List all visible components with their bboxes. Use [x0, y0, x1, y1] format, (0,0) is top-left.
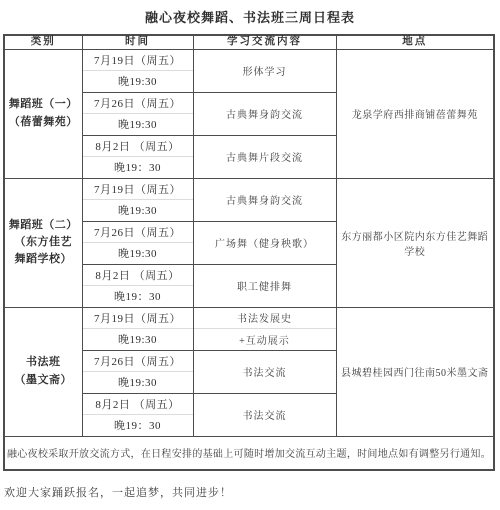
date-text: 7月26日（周五）: [83, 222, 193, 244]
time-text: 晚19：30: [83, 415, 193, 436]
table-header-row: 类别 时间 学习交流内容 地点: [4, 35, 494, 49]
time-cell: 7月26日（周五） 晚19:30: [82, 350, 193, 393]
time-cell: 7月19日（周五） 晚19:30: [82, 49, 193, 92]
time-cell: 7月26日（周五） 晚19:30: [82, 92, 193, 135]
content-line-top: 书法发展史: [194, 308, 336, 330]
header-content: 学习交流内容: [193, 35, 336, 49]
time-text: 晚19：30: [83, 286, 193, 307]
content-cell: 形体学习: [193, 49, 336, 92]
content-cell: 书法发展史 +互动展示: [193, 307, 336, 350]
time-text: 晚19:30: [83, 329, 193, 350]
content-cell: 书法交流: [193, 350, 336, 393]
time-text: 晚19:30: [83, 372, 193, 393]
content-cell: 古典舞身韵交流: [193, 178, 336, 221]
time-text: 晚19:30: [83, 114, 193, 135]
time-cell: 8月2日 （周五） 晚19：30: [82, 393, 193, 436]
table-row: 书法班 （墨文斋） 7月19日（周五） 晚19:30 书法发展史 +互动展示 县…: [4, 307, 494, 350]
page: { "title": "融心夜校舞蹈、书法班三周日程表", "table": {…: [0, 0, 500, 510]
date-text: 8月2日 （周五）: [83, 394, 193, 416]
time-text: 晚19:30: [83, 243, 193, 264]
category-line: 舞蹈学校）: [5, 251, 82, 268]
time-cell: 7月19日（周五） 晚19:30: [82, 178, 193, 221]
header-location: 地点: [336, 35, 494, 49]
category-line: （墨文斋）: [5, 372, 82, 389]
time-cell: 8月2日 （周五） 晚19：30: [82, 135, 193, 178]
footer-slogan: 欢迎大家踊跃报名，一起追梦，共同进步！: [4, 484, 500, 500]
table-row: 舞蹈班（一） （蓓蕾舞苑） 7月19日（周五） 晚19:30 形体学习 龙泉学府…: [4, 49, 494, 92]
content-cell: 广场舞（健身秧歌）: [193, 221, 336, 264]
location-cell-calligraphy: 县城碧桂园西门往南50米墨文斋: [336, 307, 494, 436]
content-cell: 古典舞片段交流: [193, 135, 336, 178]
category-line: （东方佳艺: [5, 234, 82, 251]
content-cell: 古典舞身韵交流: [193, 92, 336, 135]
date-text: 7月26日（周五）: [83, 93, 193, 115]
note-row: 融心夜校采取开放交流方式，在日程安排的基础上可随时增加交流互动主题，时间地点如有…: [4, 436, 494, 470]
content-cell: 书法交流: [193, 393, 336, 436]
document-title: 融心夜校舞蹈、书法班三周日程表: [0, 7, 500, 26]
location-cell-dance-1: 龙泉学府西排商铺蓓蕾舞苑: [336, 49, 494, 178]
header-time: 时间: [82, 35, 193, 49]
date-text: 7月19日（周五）: [83, 308, 193, 330]
time-text: 晚19：30: [83, 157, 193, 178]
category-line: 书法班: [5, 354, 82, 371]
time-text: 晚19:30: [83, 200, 193, 221]
location-cell-dance-2: 东方丽都小区院内东方佳艺舞蹈学校: [336, 178, 494, 307]
date-text: 8月2日 （周五）: [83, 136, 193, 158]
table-row: 舞蹈班（二） （东方佳艺 舞蹈学校） 7月19日（周五） 晚19:30 古典舞身…: [4, 178, 494, 221]
header-category: 类别: [4, 35, 82, 49]
time-cell: 7月19日（周五） 晚19:30: [82, 307, 193, 350]
category-cell-dance-2: 舞蹈班（二） （东方佳艺 舞蹈学校）: [4, 178, 82, 307]
schedule-document: 融心夜校舞蹈、书法班三周日程表 类别 时间 学习交流内容 地点 舞蹈班（一） （…: [0, 0, 500, 500]
note-cell: 融心夜校采取开放交流方式，在日程安排的基础上可随时增加交流互动主题，时间地点如有…: [4, 436, 494, 470]
category-line: （蓓蕾舞苑）: [5, 114, 82, 131]
content-cell: 职工健排舞: [193, 264, 336, 307]
time-text: 晚19:30: [83, 71, 193, 92]
date-text: 7月26日（周五）: [83, 351, 193, 373]
category-line: 舞蹈班（二）: [5, 217, 82, 234]
date-text: 7月19日（周五）: [83, 179, 193, 201]
content-line-bottom: +互动展示: [194, 329, 336, 350]
date-text: 8月2日 （周五）: [83, 265, 193, 287]
date-text: 7月19日（周五）: [83, 50, 193, 72]
category-cell-dance-1: 舞蹈班（一） （蓓蕾舞苑）: [4, 49, 82, 178]
time-cell: 7月26日（周五） 晚19:30: [82, 221, 193, 264]
category-line: 舞蹈班（一）: [5, 96, 82, 113]
category-cell-calligraphy: 书法班 （墨文斋）: [4, 307, 82, 436]
time-cell: 8月2日 （周五） 晚19：30: [82, 264, 193, 307]
schedule-table: 类别 时间 学习交流内容 地点 舞蹈班（一） （蓓蕾舞苑） 7月19日（周五） …: [3, 34, 495, 471]
